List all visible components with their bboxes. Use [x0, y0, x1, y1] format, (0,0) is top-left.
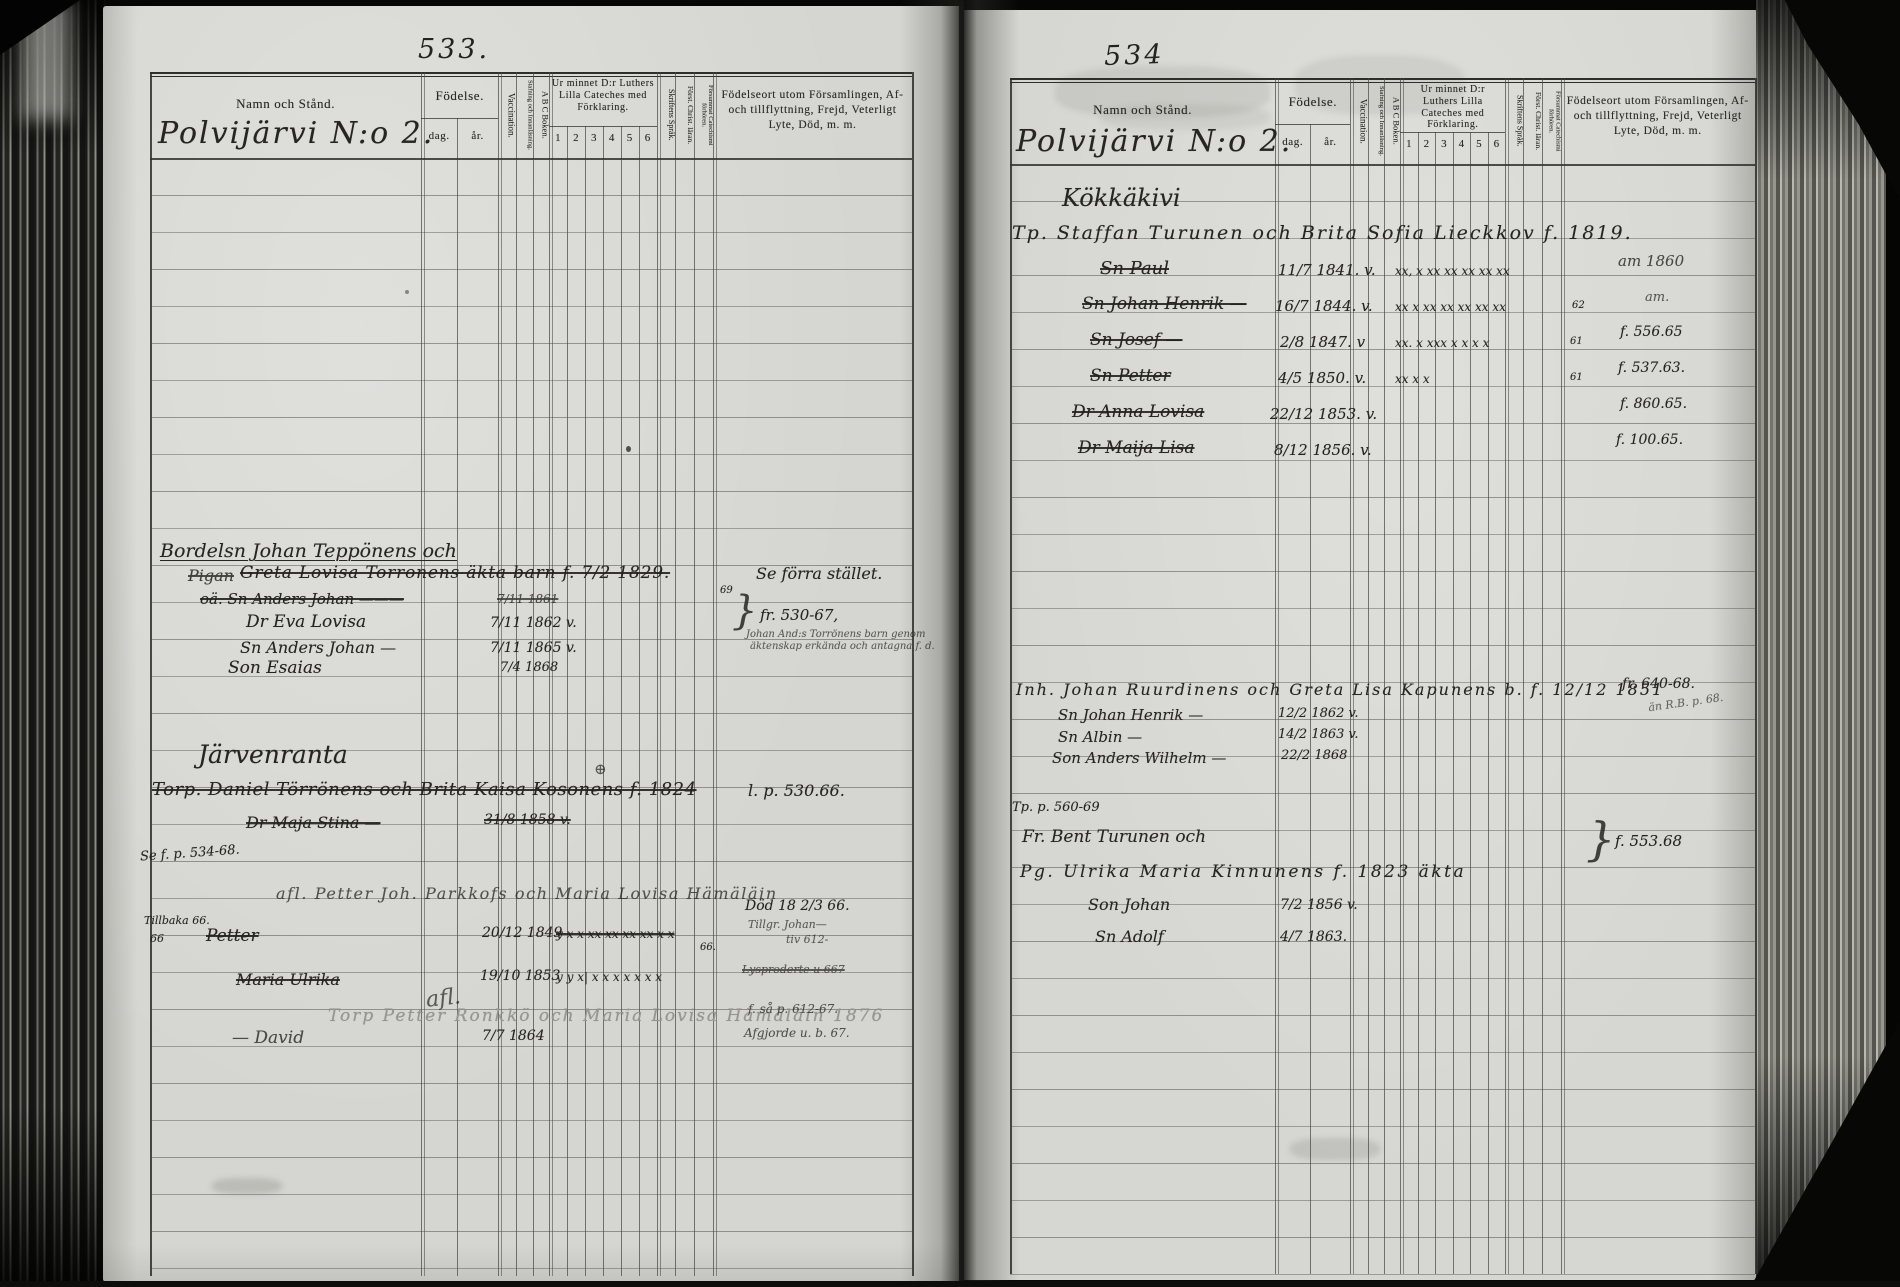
page-heading: Polvijärvi N:o 2.: [158, 116, 434, 151]
table-column-line: [1523, 78, 1524, 1274]
table-column-line: [716, 72, 717, 1276]
table-column-line: [660, 72, 661, 1276]
column-header-fodelse: Födelse.: [421, 88, 498, 104]
catechism-col-number: 6: [1488, 138, 1506, 152]
handwritten-entry: Petter: [206, 926, 259, 946]
margin-note: f. så p. 612-67.: [748, 1002, 838, 1016]
margin-note: fr. 640-68.: [1622, 676, 1695, 692]
table-row-line: [150, 528, 912, 529]
margin-note: Johan And:s Torrönens barn genom: [746, 629, 925, 640]
catechism-marks: xx x x: [1395, 372, 1430, 386]
page-number-right: 534: [1103, 39, 1165, 72]
handwritten-entry: 7/11 1865 v.: [490, 640, 577, 656]
handwritten-entry: 12/2 1862 v.: [1278, 706, 1358, 721]
section-heading: Bordelsn Johan Teppönens och: [160, 540, 457, 562]
handwritten-entry: 7/2 1856 v.: [1280, 897, 1358, 913]
catechism-marks: xx x xx xx xx xx xx: [1395, 300, 1506, 314]
handwritten-entry: 7/11 1862 v.: [490, 615, 577, 631]
catechism-col-number: 6: [639, 132, 657, 146]
brace: }: [1586, 812, 1615, 866]
table-row-line: [150, 861, 912, 862]
handwritten-entry: Dr Maija Lisa: [1078, 438, 1195, 458]
handwritten-entry: 14/2 1863 v.: [1278, 727, 1358, 742]
margin-note: f. 537.63.: [1618, 360, 1685, 376]
margin-note: am.: [1645, 290, 1669, 305]
ink-speck: [626, 446, 631, 452]
handwritten-entry: 4/7 1863.: [1280, 929, 1347, 945]
handwritten-entry: Inh. Johan Ruurdinens och Greta Lisa Kap…: [1016, 680, 1664, 699]
handwritten-entry: Son Anders Wilhelm —: [1052, 749, 1226, 767]
table-column-line: [1403, 78, 1404, 1274]
handwritten-entry: Pg. Ulrika Maria Kinnunens f. 1823 äkta: [1020, 862, 1466, 882]
table-column-line: [713, 72, 714, 1276]
catechism-col-number: 2: [1418, 138, 1436, 152]
handwritten-entry: 31/8 1858 v.: [484, 812, 571, 828]
ink-speck: [405, 290, 409, 294]
page-number-left: 533.: [418, 34, 490, 65]
handwritten-entry: Dr Eva Lovisa: [246, 612, 366, 632]
column-header-forst: Först. Christ. läran.: [675, 75, 694, 155]
table-subheader-line: [1400, 132, 1505, 133]
handwritten-entry: oä. Sn Anders Johan ———: [200, 590, 404, 608]
margin-note: f. 553.68: [1615, 832, 1682, 850]
handwritten-entry: Sn Johan Henrik —: [1082, 294, 1247, 314]
table-header-border: [150, 158, 912, 160]
column-header-forsummat: Försummat Catechismi förhören.: [1542, 81, 1561, 161]
column-header-vaccination: Vaccination.: [1350, 81, 1367, 161]
table-row-line: [150, 232, 912, 233]
table-column-line: [1350, 78, 1351, 1274]
margin-note: Död 18 2/3 66.: [745, 898, 850, 914]
margin-note: tiv 612-: [786, 933, 828, 946]
table-row-line: [150, 1120, 912, 1121]
table-row-line: [150, 454, 912, 455]
handwritten-entry: 16/7 1844. v.: [1275, 297, 1373, 315]
table-column-line: [567, 126, 568, 1276]
margin-note: f. 860.65.: [1620, 396, 1687, 412]
margin-note: am 1860: [1618, 252, 1684, 270]
table-column-line: [675, 72, 676, 1276]
margin-note: 61: [1570, 336, 1583, 347]
table-column-line: [421, 72, 422, 1276]
column-header-ar: år.: [1310, 136, 1350, 150]
handwritten-entry: 20/12 1849: [482, 925, 562, 941]
handwritten-entry: afl. Petter Joh. Parkkofs och Maria Lovi…: [276, 884, 778, 903]
table-column-line: [912, 72, 914, 1276]
section-heading: Kökkäkivi: [1062, 184, 1181, 212]
table-row-line: [1010, 534, 1755, 535]
column-header-abc: A B C Boken.: [1384, 81, 1400, 161]
handwritten-entry: Son Esaias: [228, 658, 322, 678]
column-header-cateches: Ur minnet D:r Luthers Lilla Cateches med…: [551, 78, 654, 113]
page-heading: Polvijärvi N:o 2.: [1016, 124, 1292, 159]
column-header-fodelseort: Födelseort utom Församlingen, Af- och ti…: [1564, 94, 1752, 139]
table-row-line: [150, 195, 912, 196]
table-row-line: [1010, 793, 1755, 794]
table-column-line: [1353, 78, 1354, 1274]
table-column-line: [150, 72, 152, 1276]
table-row-line: [1010, 386, 1755, 387]
handwritten-entry: Torp. Daniel Törrönens och Brita Kaisa K…: [152, 779, 697, 800]
table-column-line: [1384, 78, 1385, 1274]
catechism-col-number: 3: [585, 132, 603, 146]
column-header-skriftens: Skriftens Språk.: [657, 75, 675, 155]
handwritten-entry: Fr. Bent Turunen och: [1022, 827, 1206, 847]
table-row-line: [1010, 1052, 1755, 1053]
handwritten-entry: Sn Albin —: [1058, 728, 1142, 746]
handwritten-entry: Tp. Staffan Turunen och Brita Sofia Liec…: [1012, 222, 1633, 244]
margin-note: Se förra stället.: [756, 564, 882, 583]
table-column-line: [1368, 78, 1369, 1274]
table-column-line: [621, 126, 622, 1276]
margin-note: l. p. 530.66.: [748, 781, 845, 800]
table-row-line: [150, 1268, 912, 1269]
margin-note: 61: [1570, 372, 1583, 383]
table-row-line: [150, 713, 912, 714]
catechism-marks: xx, x xx xx xx xx xx: [1395, 264, 1510, 278]
table-column-line: [694, 72, 695, 1276]
handwritten-entry: Sn Johan Henrik —: [1058, 706, 1203, 724]
handwritten-entry: Maria Ulrika: [236, 970, 340, 989]
column-header-abc: A B C Boken.: [533, 75, 550, 155]
column-header-skriftens: Skriftens Språk.: [1505, 81, 1523, 161]
table-row-line: [1010, 423, 1755, 424]
table-column-line: [424, 72, 425, 1276]
margin-note: 69: [720, 585, 733, 596]
table-row-line: [1010, 571, 1755, 572]
table-row-line: [1010, 1089, 1755, 1090]
table-row-line: [150, 1231, 912, 1232]
table-row-line: [1010, 1015, 1755, 1016]
column-header-stafning: Stafning och Innanläsning.: [1368, 81, 1384, 161]
table-column-line: [585, 126, 586, 1276]
margin-note: Tp. p. 560-69: [1012, 800, 1100, 815]
table-column-line: [1400, 78, 1401, 1274]
table-row-line: [150, 1194, 912, 1195]
table-header-border: [1010, 164, 1755, 166]
catechism-col-number: 2: [567, 132, 585, 146]
column-header-namn: Namn och Stånd.: [150, 96, 421, 112]
table-column-line: [657, 72, 658, 1276]
handwritten-entry: Greta Lovisa Torronens äkta barn f. 7/2 …: [240, 563, 670, 583]
table-column-line: [1010, 78, 1012, 1274]
column-header-cateches: Ur minnet D:r Luthers Lilla Cateches med…: [1402, 84, 1503, 131]
handwritten-entry: 22/12 1853. v.: [1270, 405, 1377, 423]
handwritten-entry: Sn Adolf: [1095, 927, 1164, 946]
table-row-line: [1010, 608, 1755, 609]
book-spine-edge: [0, 0, 105, 1287]
table-row-line: [150, 269, 912, 270]
table-row-line: [1010, 497, 1755, 498]
catechism-col-number: 3: [1435, 138, 1453, 152]
catechism-col-number: 4: [603, 132, 621, 146]
table-column-line: [1508, 78, 1509, 1274]
margin-note: 66: [150, 932, 164, 945]
table-row-line: [1010, 645, 1755, 646]
margin-note: Tillbaka 66.: [144, 914, 210, 927]
table-row-line: [1010, 1126, 1755, 1127]
handwritten-entry: Sn Anders Johan —: [240, 638, 396, 657]
margin-note: Tillgr. Johan—: [748, 918, 827, 931]
handwritten-entry: Sn Josef —: [1090, 330, 1183, 350]
table-column-line: [603, 126, 604, 1276]
catechism-marks: y y x| x x x x x x x: [556, 970, 662, 984]
handwritten-entry: Son Johan: [1088, 895, 1170, 914]
handwritten-entry: Pigan: [188, 566, 234, 585]
table-row-line: [150, 417, 912, 418]
table-row-line: [1010, 1274, 1755, 1275]
handwritten-entry: 11/7 1841. v.: [1278, 261, 1376, 279]
margin-note: Lysproderte u 667: [742, 963, 845, 976]
handwritten-entry: 19/10 1853: [480, 968, 560, 984]
table-column-line: [1561, 78, 1562, 1274]
column-header-ar: år.: [457, 130, 498, 144]
scan-bottom-edge: [0, 1281, 1900, 1287]
handwritten-entry: Sn Paul: [1100, 258, 1169, 279]
table-column-line: [457, 118, 458, 1276]
catechism-col-number: 5: [1470, 138, 1488, 152]
column-header-namn: Namn och Stånd.: [1010, 102, 1275, 118]
column-header-vaccination: Vaccination.: [498, 75, 516, 155]
table-row-line: [150, 1083, 912, 1084]
table-row-line: [150, 306, 912, 307]
margin-note: Afgjorde u. b. 67.: [744, 1026, 850, 1040]
margin-note: f. 556.65: [1620, 324, 1683, 340]
handwritten-entry: ⊕: [594, 760, 607, 778]
table-column-line: [1275, 78, 1276, 1274]
ink-smudge: [1290, 1138, 1380, 1160]
handwritten-entry: Dr Maja Stina —: [246, 813, 381, 832]
book-scan: 533. 534 Namn och Stånd.Födelse.dag.år.V…: [0, 0, 1900, 1287]
column-header-fodelseort: Födelseort utom Församlingen, Af- och ti…: [716, 88, 909, 133]
margin-note: äktenskap erkända och antagna f. d.: [750, 641, 935, 652]
handwritten-entry: 2/8 1847. v: [1280, 333, 1365, 351]
table-row-line: [1010, 1237, 1755, 1238]
table-top-border: [1010, 78, 1755, 80]
table-top-border: [150, 72, 912, 74]
catechism-marks: xx. x xxx x x x x: [1395, 336, 1489, 350]
brace: }: [732, 588, 757, 634]
handwritten-entry: 22/2 1868: [1281, 748, 1347, 763]
table-column-line: [639, 126, 640, 1276]
handwritten-entry: — David: [232, 1028, 304, 1048]
catechism-col-number: 1: [549, 132, 567, 146]
table-row-line: [150, 343, 912, 344]
margin-note: fr. 530-67,: [760, 606, 838, 624]
handwritten-entry: 8/12 1856. v.: [1274, 441, 1372, 459]
table-column-line: [1564, 78, 1565, 1274]
table-row-line: [1010, 1163, 1755, 1164]
handwritten-entry: Sn Petter: [1090, 366, 1171, 386]
catechism-col-number: 4: [1453, 138, 1471, 152]
handwritten-entry: 4/5 1850. v.: [1278, 369, 1366, 387]
table-column-line: [1505, 78, 1506, 1274]
table-row-line: [1010, 978, 1755, 979]
column-header-forsummat: Försummat Catechismi förhören.: [694, 75, 713, 155]
margin-note: 62: [1572, 300, 1585, 311]
column-header-stafning: Stafning och Innanläsning.: [516, 75, 533, 155]
table-column-line: [1278, 78, 1279, 1274]
handwritten-entry: Dr Anna Lovisa: [1072, 402, 1204, 422]
table-subheader-line: [549, 126, 656, 127]
table-row-line: [150, 491, 912, 492]
catechism-col-number: 5: [621, 132, 639, 146]
catechism-marks: y x x xx xx xx xx x x: [556, 927, 675, 941]
table-row-line: [150, 380, 912, 381]
handwritten-entry: 7/7 1864: [482, 1028, 545, 1044]
gutter-fold-line: [959, 0, 964, 1287]
table-column-line: [1542, 78, 1543, 1274]
margin-note: 66.: [700, 942, 716, 953]
column-header-forst: Först. Christ. läran.: [1523, 81, 1542, 161]
table-column-line: [1755, 78, 1757, 1274]
ink-smudge: [212, 1178, 282, 1194]
table-row-line: [1010, 1200, 1755, 1201]
column-header-fodelse: Födelse.: [1275, 94, 1350, 110]
margin-note: f. 100.65.: [1616, 432, 1683, 448]
catechism-col-number: 1: [1400, 138, 1418, 152]
table-row-line: [1010, 460, 1755, 461]
handwritten-entry: 7/4 1868: [500, 660, 558, 675]
section-heading: Järvenranta: [198, 740, 348, 769]
table-row-line: [150, 1157, 912, 1158]
handwritten-entry: 7/11 1861: [497, 592, 558, 606]
